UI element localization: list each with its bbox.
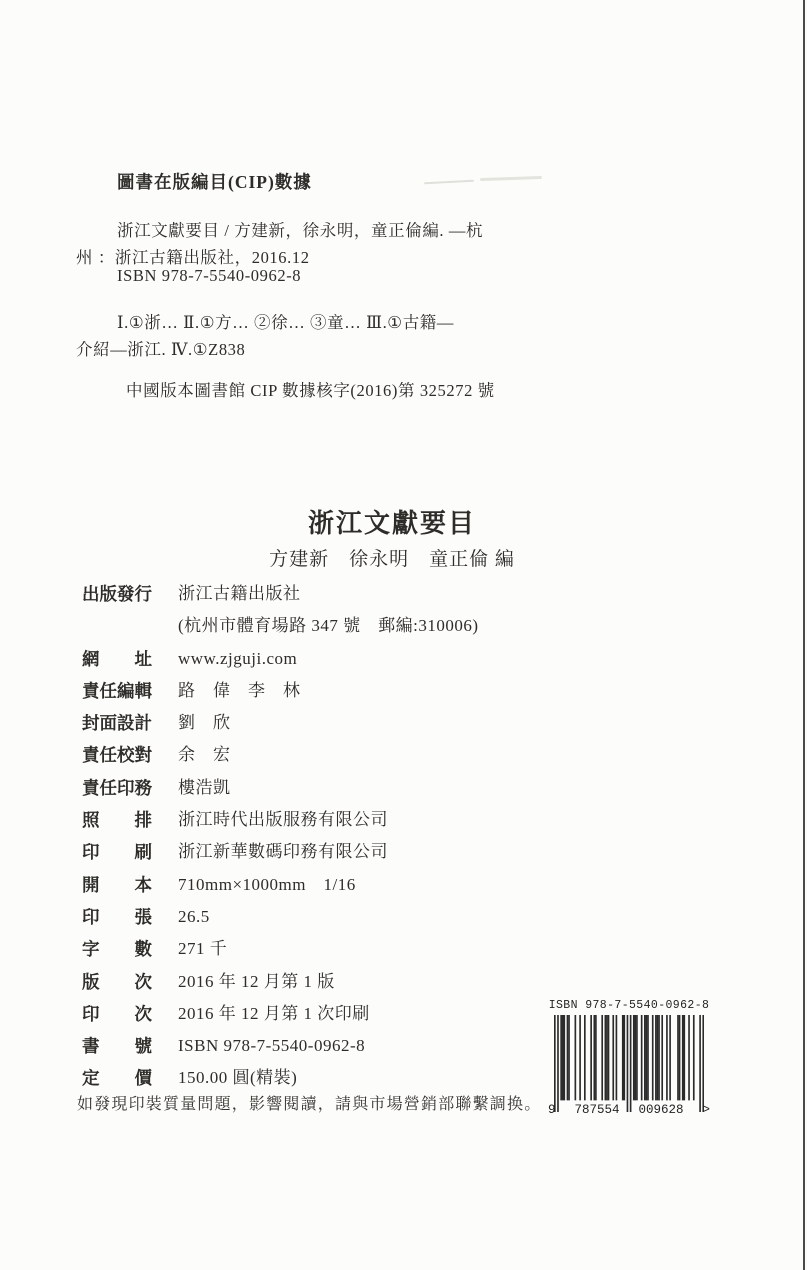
colophon-value: 26.5 <box>178 901 210 933</box>
colophon-value: (杭州市體育場路 347 號 郵編:310006) <box>178 610 479 642</box>
colophon-value: 2016 年 12 月第 1 次印刷 <box>178 998 370 1030</box>
scan-smudge <box>424 180 474 185</box>
colophon-label: 開本 <box>82 869 152 901</box>
barcode-isbn-text: ISBN 978-7-5540-0962-8 <box>546 999 712 1012</box>
colophon-label: 照排 <box>82 804 152 836</box>
colophon-value: 150.00 圓(精裝) <box>178 1062 297 1094</box>
colophon-value: 樓浩凱 <box>178 772 231 804</box>
colophon-label: 印刷 <box>82 836 152 868</box>
barcode-right-group: 009628 <box>638 1103 683 1117</box>
colophon-value: ISBN 978-7-5540-0962-8 <box>178 1030 365 1062</box>
colophon-label: 版次 <box>82 966 152 998</box>
cip-classification-line2: 介紹—浙江. Ⅳ.①Z838 <box>76 336 245 360</box>
barcode-bars <box>554 1015 704 1112</box>
cip-description-line2: 州 ：浙江古籍出版社，2016.12 <box>76 244 310 268</box>
colophon-value: 浙江時代出版服務有限公司 <box>178 804 388 836</box>
book-editors: 方建新 徐永明 童正倫 編 <box>92 544 692 571</box>
colophon-label: 責任編輯 <box>82 675 152 707</box>
colophon-label: 責任印務 <box>82 772 152 804</box>
colophon-row: 網址 www.zjguji.com <box>82 643 602 675</box>
colophon-value: 浙江新華數碼印務有限公司 <box>178 836 388 868</box>
colophon-row: 定價 150.00 圓(精裝) <box>82 1062 602 1094</box>
barcode-end-char: > <box>702 1103 710 1117</box>
colophon-value: 路 偉 李 林 <box>178 675 301 707</box>
barcode-digits: 9 787554 009628 > <box>546 1103 712 1117</box>
book-title: 浙江文獻要目 <box>92 503 692 540</box>
colophon-row: 責任校對 余 宏 <box>82 739 602 771</box>
colophon-label: 定價 <box>82 1062 152 1094</box>
colophon-label: 字數 <box>82 933 152 965</box>
colophon-row: 字數 271 千 <box>82 933 602 965</box>
colophon-row: 出版發行 浙江古籍出版社 <box>82 578 602 610</box>
colophon-label: 網址 <box>82 643 152 675</box>
colophon-row: 書號 ISBN 978-7-5540-0962-8 <box>82 1030 602 1062</box>
page-edge-shadow <box>803 0 805 1270</box>
print-quality-notice: 如發現印裝質量問題，影響閱讀，請與市場營銷部聯繫調换。 <box>77 1091 541 1114</box>
barcode-first-digit: 9 <box>548 1103 556 1117</box>
colophon-label: 封面設計 <box>82 707 152 739</box>
colophon-list: 出版發行 浙江古籍出版社 (杭州市體育場路 347 號 郵編:310006) 網… <box>82 578 602 1095</box>
cip-isbn-line: ISBN 978-7-5540-0962-8 <box>117 266 301 286</box>
cip-record-number-line: 中國版本圖書館 CIP 數據核字(2016)第 325272 號 <box>126 377 495 401</box>
cip-classification-line1: Ⅰ.①浙… Ⅱ.①方… ②徐… ③童… Ⅲ.①古籍— <box>117 309 454 333</box>
colophon-row: 印張 26.5 <box>82 901 602 933</box>
colophon-row: 印次 2016 年 12 月第 1 次印刷 <box>82 998 602 1030</box>
colophon-row: (杭州市體育場路 347 號 郵編:310006) <box>82 610 602 642</box>
colophon-label: 印次 <box>82 998 152 1030</box>
colophon-value: 2016 年 12 月第 1 版 <box>178 966 335 998</box>
colophon-row: 照排 浙江時代出版服務有限公司 <box>82 804 602 836</box>
scan-smudge <box>480 176 542 181</box>
colophon-row: 封面設計 劉 欣 <box>82 707 602 739</box>
colophon-value: www.zjguji.com <box>178 643 297 675</box>
colophon-row: 責任編輯 路 偉 李 林 <box>82 675 602 707</box>
colophon-row: 版次 2016 年 12 月第 1 版 <box>82 966 602 998</box>
colophon-value: 710mm×1000mm 1/16 <box>178 869 356 901</box>
colophon-row: 開本 710mm×1000mm 1/16 <box>82 869 602 901</box>
isbn-barcode: ISBN 978-7-5540-0962-8 9 787554 009628 > <box>546 999 712 1117</box>
colophon-value: 余 宏 <box>178 739 231 771</box>
colophon-label: 出版發行 <box>82 578 152 610</box>
cip-description-line1: 浙江文獻要目 / 方建新，徐永明，童正倫編. —杭 <box>117 217 483 241</box>
cip-heading: 圖書在版編目(CIP)數據 <box>117 169 312 194</box>
colophon-row: 印刷 浙江新華數碼印務有限公司 <box>82 836 602 868</box>
scanned-copyright-page: { "page": { "background": "#fcfcfa", "in… <box>0 0 807 1270</box>
colophon-label: 印張 <box>82 901 152 933</box>
colophon-value: 劉 欣 <box>178 707 231 739</box>
colophon-row: 責任印務 樓浩凱 <box>82 772 602 804</box>
barcode-left-group: 787554 <box>574 1103 619 1117</box>
colophon-label: 書號 <box>82 1030 152 1062</box>
colophon-value: 271 千 <box>178 933 227 965</box>
colophon-label: 責任校對 <box>82 739 152 771</box>
colophon-value: 浙江古籍出版社 <box>178 578 301 610</box>
